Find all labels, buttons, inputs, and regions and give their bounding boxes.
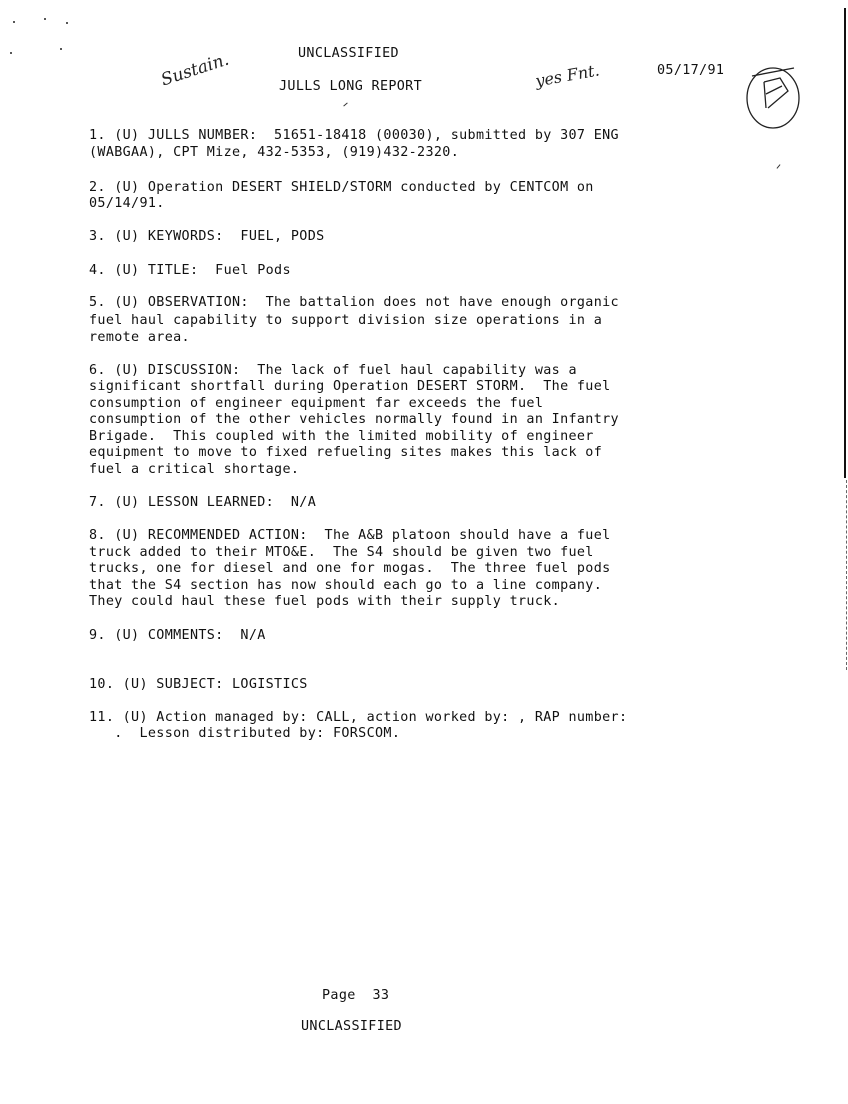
- text-line: remote area.: [89, 330, 190, 347]
- text-line: 05/14/91.: [89, 196, 165, 213]
- text-line: 6. (U) DISCUSSION: The lack of fuel haul…: [89, 363, 577, 380]
- text-line: 3. (U) KEYWORDS: FUEL, PODS: [89, 229, 325, 246]
- text-line: 1. (U) JULLS NUMBER: 51651-18418 (00030)…: [89, 128, 619, 145]
- text-line: fuel a critical shortage.: [89, 462, 299, 479]
- text-line: that the S4 section has now should each …: [89, 578, 602, 595]
- text-line: 5. (U) OBSERVATION: The battalion does n…: [89, 295, 619, 312]
- text-line: They could haul these fuel pods with the…: [89, 594, 560, 611]
- text-line: 2. (U) Operation DESERT SHIELD/STORM con…: [89, 180, 594, 197]
- text-line: consumption of engineer equipment far ex…: [89, 396, 543, 413]
- text-line: (WABGAA), CPT Mize, 432-5353, (919)432-2…: [89, 145, 459, 162]
- report-date: 05/17/91: [657, 63, 724, 78]
- classification-bottom: UNCLASSIFIED: [301, 1019, 402, 1034]
- classification-top: UNCLASSIFIED: [298, 46, 399, 61]
- text-line: truck added to their MTO&E. The S4 shoul…: [89, 545, 594, 562]
- text-line: 4. (U) TITLE: Fuel Pods: [89, 263, 291, 280]
- text-line: equipment to move to fixed refueling sit…: [89, 445, 602, 462]
- text-line: 9. (U) COMMENTS: N/A: [89, 628, 266, 645]
- scan-edge-line: [844, 8, 846, 478]
- scan-speck: [60, 48, 62, 50]
- scan-speck: [10, 52, 12, 54]
- handwritten-note-left: Sustain.: [159, 50, 232, 91]
- page-number: Page 33: [322, 988, 389, 1003]
- text-line: 11. (U) Action managed by: CALL, action …: [89, 710, 627, 727]
- text-line: 10. (U) SUBJECT: LOGISTICS: [89, 677, 308, 694]
- text-line: . Lesson distributed by: FORSCOM.: [89, 726, 400, 743]
- scan-speck: [44, 18, 46, 20]
- scan-speck: [66, 22, 68, 24]
- text-line: 7. (U) LESSON LEARNED: N/A: [89, 495, 316, 512]
- text-line: trucks, one for diesel and one for mogas…: [89, 561, 611, 578]
- pen-tick-mark: [343, 103, 347, 107]
- circled-e-mark-icon: [744, 58, 802, 132]
- text-line: fuel haul capability to support division…: [89, 313, 602, 330]
- report-title: JULLS LONG REPORT: [279, 79, 422, 94]
- text-line: consumption of the other vehicles normal…: [89, 412, 619, 429]
- pen-tick-mark: [777, 164, 781, 168]
- text-line: Brigade. This coupled with the limited m…: [89, 429, 594, 446]
- scan-speck: [13, 21, 15, 23]
- text-line: significant shortfall during Operation D…: [89, 379, 611, 396]
- text-line: 8. (U) RECOMMENDED ACTION: The A&B plato…: [89, 528, 611, 545]
- handwritten-note-center: yes Fnt.: [534, 61, 601, 91]
